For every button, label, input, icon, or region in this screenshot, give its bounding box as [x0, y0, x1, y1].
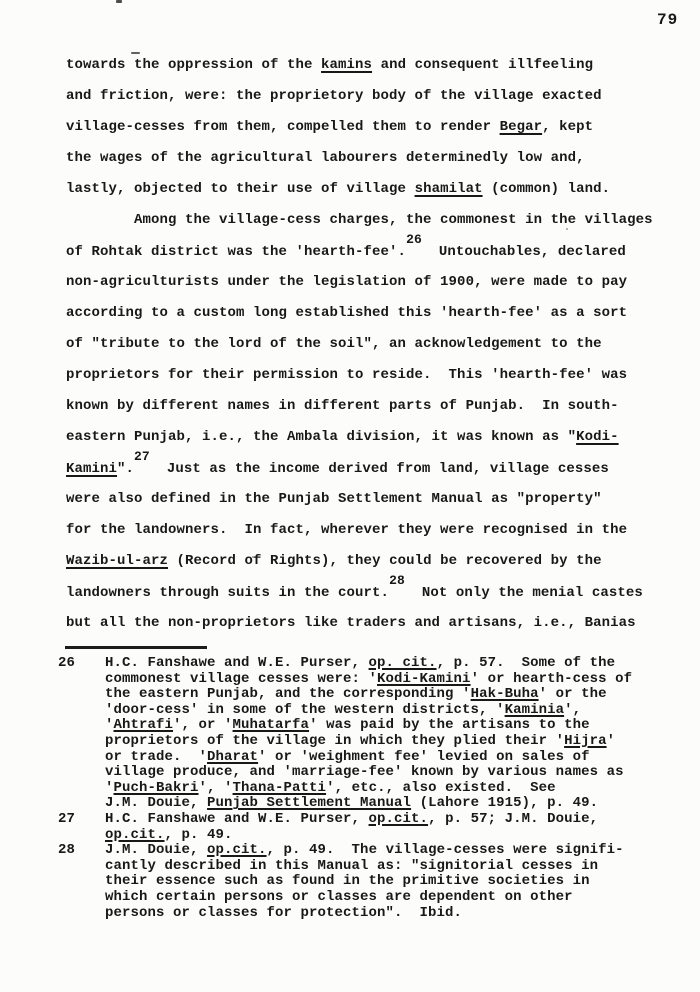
footnote-text: J.M. Douie, op.cit., p. 49. The village-… — [105, 843, 668, 921]
text-line: or trade. 'Dharat' or 'weighment fee' le… — [105, 750, 668, 766]
underlined-term: shamilat — [415, 181, 483, 197]
underlined-term: Kamini — [66, 461, 117, 477]
text-line: which certain persons or classes are dep… — [105, 890, 668, 906]
text-segment: known by different names in different pa… — [66, 398, 619, 414]
text-line: 'Ahtrafi', or 'Muhatarfa' was paid by th… — [105, 718, 668, 734]
text-segment: commonest village cesses were: ' — [105, 671, 377, 687]
text-line: persons or classes for protection". Ibid… — [105, 906, 668, 922]
text-line: and friction, were: the proprietory body… — [66, 81, 666, 112]
text-segment: of "tribute to the lord of the soil", an… — [66, 336, 602, 352]
text-segment: but all the non-proprietors like traders… — [66, 615, 636, 631]
footnote-number: 26 — [58, 656, 105, 672]
underlined-term: op.cit. — [207, 842, 267, 858]
footnote-item: 27H.C. Fanshawe and W.E. Purser, op.cit.… — [58, 812, 668, 843]
text-segment: (common) land. — [483, 181, 611, 197]
text-segment: cantly described in this Manual as: "sig… — [105, 858, 598, 874]
text-segment: which certain persons or classes are dep… — [105, 889, 573, 905]
text-segment: , p. 49. The village-cesses were signifi… — [267, 842, 624, 858]
text-segment: , p. 49. — [165, 827, 233, 843]
text-segment: persons or classes for protection". Ibid… — [105, 905, 462, 921]
text-segment: and friction, were: the proprietory body… — [66, 88, 602, 104]
text-segment: (Lahore 1915), p. 49. — [411, 795, 598, 811]
underlined-term: Punjab Settlement Manual — [207, 795, 411, 811]
text-line: H.C. Fanshawe and W.E. Purser, op.cit., … — [105, 812, 668, 828]
paper-speck — [116, 0, 122, 3]
footnote-separator — [65, 646, 207, 649]
text-segment: , p. 57. Some of the — [437, 655, 616, 671]
text-segment: non-agriculturists under the legislation… — [66, 274, 627, 290]
text-line: known by different names in different pa… — [66, 391, 666, 422]
text-line: H.C. Fanshawe and W.E. Purser, op. cit.,… — [105, 656, 668, 672]
text-line: lastly, objected to their use of village… — [66, 174, 666, 205]
text-line: landowners through suits in the court.28… — [66, 577, 666, 608]
text-segment: or trade. ' — [105, 749, 207, 765]
footnote-reference: 28 — [389, 573, 405, 588]
text-segment: village produce, and 'marriage-fee' know… — [105, 764, 624, 780]
footnote-reference: 26 — [406, 232, 422, 247]
text-line: according to a custom long established t… — [66, 298, 666, 329]
text-segment: ' or hearth-cess of — [471, 671, 633, 687]
footnote-number: 27 — [58, 812, 105, 828]
text-segment: H.C. Fanshawe and W.E. Purser, — [105, 811, 369, 827]
footnote-number: 28 — [58, 843, 105, 859]
text-segment: (Record of Rights), they could be recove… — [168, 553, 602, 569]
text-segment: ', ' — [199, 780, 233, 796]
text-line: were also defined in the Punjab Settleme… — [66, 484, 666, 515]
text-line: Among the village-cess charges, the comm… — [66, 205, 666, 236]
text-line: the eastern Punjab, and the correspondin… — [105, 687, 668, 703]
footnote-item: 28J.M. Douie, op.cit., p. 49. The villag… — [58, 843, 668, 921]
text-line: their essence such as found in the primi… — [105, 874, 668, 890]
page-number: 79 — [657, 11, 678, 29]
text-line: commonest village cesses were: 'Kodi-Kam… — [105, 672, 668, 688]
underlined-term: Kodi- — [576, 429, 619, 445]
text-segment: Just as the income derived from land, vi… — [150, 461, 609, 477]
footnote-reference: 27 — [134, 449, 150, 464]
text-segment: ". — [117, 461, 134, 477]
text-line: of Rohtak district was the 'hearth-fee'.… — [66, 236, 666, 267]
text-segment: were also defined in the Punjab Settleme… — [66, 491, 602, 507]
text-segment: J.M. Douie, — [105, 842, 207, 858]
text-segment: ', etc., also existed. See — [326, 780, 556, 796]
text-segment: for the landowners. In fact, wherever th… — [66, 522, 627, 538]
text-line: Kamini".27 Just as the income derived fr… — [66, 453, 666, 484]
text-segment: ' — [607, 733, 616, 749]
text-line: op.cit., p. 49. — [105, 828, 668, 844]
text-segment: 'door-cess' in some of the western distr… — [105, 702, 505, 718]
text-segment: proprietors for their permission to resi… — [66, 367, 627, 383]
text-line: village produce, and 'marriage-fee' know… — [105, 765, 668, 781]
body-text: towards the oppression of the kamins and… — [66, 50, 666, 639]
text-segment: ' — [105, 780, 114, 796]
footnote-text: H.C. Fanshawe and W.E. Purser, op.cit., … — [105, 812, 668, 843]
text-segment: , kept — [542, 119, 593, 135]
text-line: for the landowners. In fact, wherever th… — [66, 515, 666, 546]
text-segment: ' was paid by the artisans to the — [309, 717, 590, 733]
underlined-term: kamins — [321, 57, 372, 73]
text-segment: ' or the — [539, 686, 607, 702]
text-line: but all the non-proprietors like traders… — [66, 608, 666, 639]
underlined-term: Begar — [500, 119, 543, 135]
text-line: proprietors of the village in which they… — [105, 734, 668, 750]
text-line: J.M. Douie, Punjab Settlement Manual (La… — [105, 796, 668, 812]
underlined-term: Muhatarfa — [233, 717, 310, 733]
text-line: Wazib-ul-arz (Record of Rights), they co… — [66, 546, 666, 577]
underlined-term: Hak-Buha — [471, 686, 539, 702]
underlined-term: Kodi-Kamini — [377, 671, 471, 687]
text-segment: eastern Punjab, i.e., the Ambala divisio… — [66, 429, 576, 445]
underlined-term: Thana-Patti — [233, 780, 327, 796]
text-line: of "tribute to the lord of the soil", an… — [66, 329, 666, 360]
text-line: non-agriculturists under the legislation… — [66, 267, 666, 298]
footnote-item: 26H.C. Fanshawe and W.E. Purser, op. cit… — [58, 656, 668, 812]
text-segment: village-cesses from them, compelled them… — [66, 119, 500, 135]
text-segment: according to a custom long established t… — [66, 305, 627, 321]
text-line: 'Puch-Bakri', 'Thana-Patti', etc., also … — [105, 781, 668, 797]
text-segment: towards the oppression of the — [66, 57, 321, 73]
text-segment: ', — [564, 702, 581, 718]
text-line: village-cesses from them, compelled them… — [66, 112, 666, 143]
text-segment: ' — [105, 717, 114, 733]
text-segment: ', or ' — [173, 717, 233, 733]
text-segment: landowners through suits in the court. — [66, 585, 389, 601]
underlined-term: Ahtrafi — [114, 717, 174, 733]
text-line: towards the oppression of the kamins and… — [66, 50, 666, 81]
text-segment: , p. 57; J.M. Douie, — [428, 811, 598, 827]
underlined-term: op. cit. — [369, 655, 437, 671]
text-segment: of Rohtak district was the 'hearth-fee'. — [66, 244, 406, 260]
text-segment: J.M. Douie, — [105, 795, 207, 811]
underlined-term: Kaminia — [505, 702, 565, 718]
underlined-term: op.cit. — [369, 811, 429, 827]
text-line: the wages of the agricultural labourers … — [66, 143, 666, 174]
underlined-term: Wazib-ul-arz — [66, 553, 168, 569]
text-line: eastern Punjab, i.e., the Ambala divisio… — [66, 422, 666, 453]
underlined-term: Puch-Bakri — [114, 780, 199, 796]
text-segment: and consequent illfeeling — [372, 57, 593, 73]
text-line: J.M. Douie, op.cit., p. 49. The village-… — [105, 843, 668, 859]
document-page: 79 towards the oppression of the kamins … — [0, 0, 700, 992]
underlined-term: op.cit. — [105, 827, 165, 843]
text-segment: their essence such as found in the primi… — [105, 873, 590, 889]
text-segment: ' or 'weighment fee' levied on sales of — [258, 749, 590, 765]
text-segment: Untouchables, declared — [422, 244, 626, 260]
text-line: proprietors for their permission to resi… — [66, 360, 666, 391]
text-segment: lastly, objected to their use of village — [66, 181, 415, 197]
underlined-term: Dharat — [207, 749, 258, 765]
text-segment: proprietors of the village in which they… — [105, 733, 564, 749]
text-segment: the wages of the agricultural labourers … — [66, 150, 585, 166]
text-segment: Not only the menial castes — [405, 585, 643, 601]
text-segment: Among the village-cess charges, the comm… — [66, 212, 653, 228]
text-segment: the eastern Punjab, and the correspondin… — [105, 686, 471, 702]
underlined-term: Hijra — [564, 733, 607, 749]
footnotes-section: 26H.C. Fanshawe and W.E. Purser, op. cit… — [58, 656, 668, 921]
text-line: 'door-cess' in some of the western distr… — [105, 703, 668, 719]
text-segment: H.C. Fanshawe and W.E. Purser, — [105, 655, 369, 671]
text-line: cantly described in this Manual as: "sig… — [105, 859, 668, 875]
footnote-text: H.C. Fanshawe and W.E. Purser, op. cit.,… — [105, 656, 668, 812]
